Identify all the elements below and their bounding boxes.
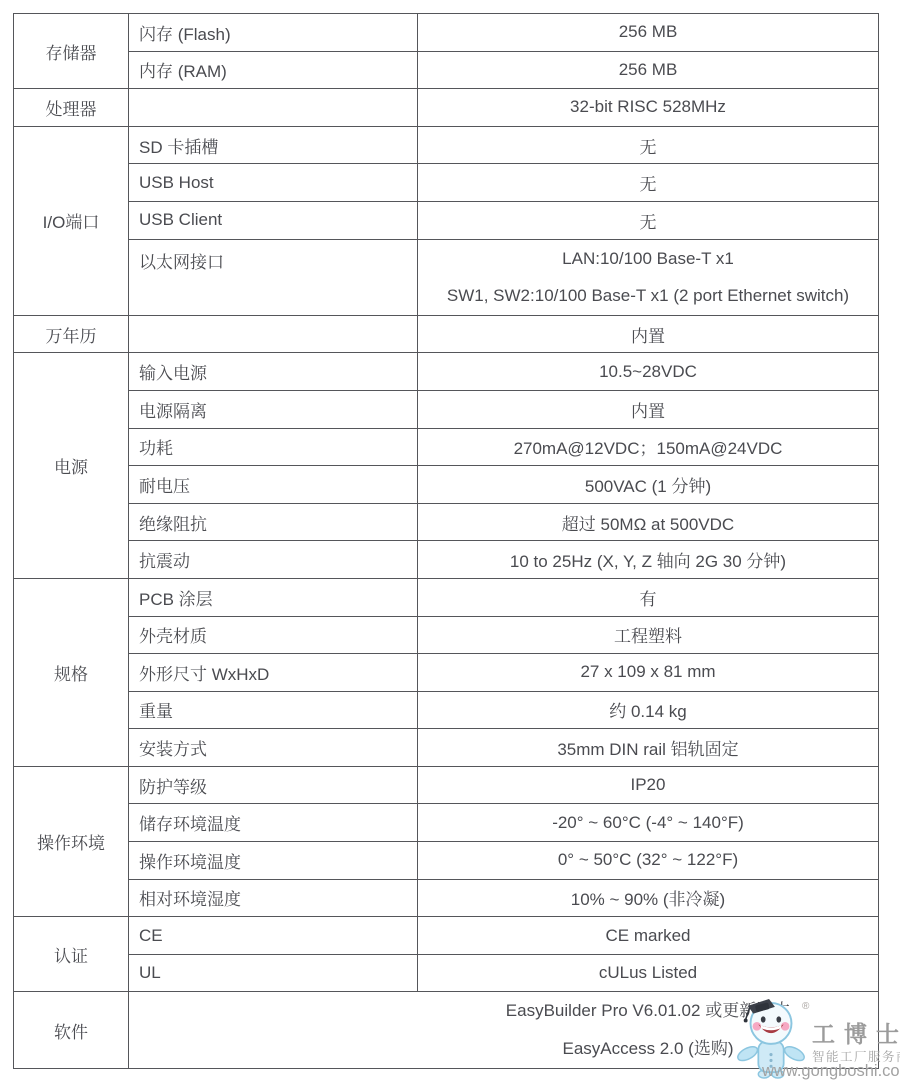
item-cell: UL: [129, 954, 418, 992]
table-row: 外壳材质 工程塑料: [14, 616, 879, 654]
table-row: 电源 输入电源 10.5~28VDC: [14, 353, 879, 391]
item-cell: 输入电源: [129, 353, 418, 391]
item-cell: 外壳材质: [129, 616, 418, 654]
value-line: LAN:10/100 Base-T x1: [418, 240, 878, 278]
table-row: 安装方式 35mm DIN rail 铝轨固定: [14, 729, 879, 767]
category-cell-environment: 操作环境: [14, 766, 129, 916]
item-cell-empty: [129, 315, 418, 353]
value-cell: 256 MB: [418, 14, 879, 52]
item-cell: 防护等级: [129, 766, 418, 804]
item-cell: 闪存 (Flash): [129, 14, 418, 52]
value-cell: 约 0.14 kg: [418, 691, 879, 729]
table-row: 操作环境 防护等级 IP20: [14, 766, 879, 804]
value-cell: 无: [418, 201, 879, 239]
value-cell: 工程塑料: [418, 616, 879, 654]
value-cell-ethernet: LAN:10/100 Base-T x1 SW1, SW2:10/100 Bas…: [418, 239, 879, 315]
value-line: EasyBuilder Pro V6.01.02 或更新版本: [418, 992, 878, 1030]
value-cell: 0° ~ 50°C (32° ~ 122°F): [418, 842, 879, 880]
category-cell-calendar: 万年历: [14, 315, 129, 353]
category-cell-software: 软件: [14, 992, 129, 1068]
table-row: 相对环境湿度 10% ~ 90% (非冷凝): [14, 879, 879, 917]
item-cell: 功耗: [129, 428, 418, 466]
value-cell: 10% ~ 90% (非冷凝): [418, 879, 879, 917]
item-cell: 安装方式: [129, 729, 418, 767]
category-cell-power: 电源: [14, 353, 129, 579]
table-row: 操作环境温度 0° ~ 50°C (32° ~ 122°F): [14, 842, 879, 880]
table-row: 规格 PCB 涂层 有: [14, 578, 879, 616]
value-cell: 有: [418, 578, 879, 616]
table-row: 存储器 闪存 (Flash) 256 MB: [14, 14, 879, 52]
item-cell: 储存环境温度: [129, 804, 418, 842]
table-row: 抗震动 10 to 25Hz (X, Y, Z 轴向 2G 30 分钟): [14, 541, 879, 579]
value-cell: cULus Listed: [418, 954, 879, 992]
category-cell-processor: 处理器: [14, 89, 129, 127]
value-cell: 无: [418, 126, 879, 164]
item-cell-empty: [129, 89, 418, 127]
item-cell: 抗震动: [129, 541, 418, 579]
table-row: 万年历 内置: [14, 315, 879, 353]
table-row: 重量 约 0.14 kg: [14, 691, 879, 729]
table-row: 软件 EasyBuilder Pro V6.01.02 或更新版本 EasyAc…: [14, 992, 879, 1068]
table-row: 处理器 32-bit RISC 528MHz: [14, 89, 879, 127]
table-row: 绝缘阻抗 超过 50MΩ at 500VDC: [14, 503, 879, 541]
table-row: 耐电压 500VAC (1 分钟): [14, 466, 879, 504]
item-cell: 重量: [129, 691, 418, 729]
item-cell: PCB 涂层: [129, 578, 418, 616]
table-row: 电源隔离 内置: [14, 390, 879, 428]
value-cell: 256 MB: [418, 51, 879, 89]
item-cell: 耐电压: [129, 466, 418, 504]
table-row: UL cULus Listed: [14, 954, 879, 992]
value-cell: 32-bit RISC 528MHz: [418, 89, 879, 127]
table-row: 认证 CE CE marked: [14, 917, 879, 955]
value-cell: 超过 50MΩ at 500VDC: [418, 503, 879, 541]
item-cell: 外形尺寸 WxHxD: [129, 654, 418, 692]
value-line: SW1, SW2:10/100 Base-T x1 (2 port Ethern…: [418, 277, 878, 315]
value-cell: 10 to 25Hz (X, Y, Z 轴向 2G 30 分钟): [418, 541, 879, 579]
value-cell: 27 x 109 x 81 mm: [418, 654, 879, 692]
item-cell: 绝缘阻抗: [129, 503, 418, 541]
value-cell: 35mm DIN rail 铝轨固定: [418, 729, 879, 767]
table-row: I/O端口 SD 卡插槽 无: [14, 126, 879, 164]
category-cell-storage: 存储器: [14, 14, 129, 89]
table-row: USB Host 无: [14, 164, 879, 202]
item-cell: SD 卡插槽: [129, 126, 418, 164]
item-cell: 内存 (RAM): [129, 51, 418, 89]
item-cell-ethernet: 以太网接口: [129, 239, 418, 315]
category-cell-specs: 规格: [14, 578, 129, 766]
item-cell: USB Client: [129, 201, 418, 239]
spec-table-container: 存储器 闪存 (Flash) 256 MB 内存 (RAM) 256 MB 处理…: [13, 13, 879, 1069]
item-cell: 相对环境湿度: [129, 879, 418, 917]
value-cell: -20° ~ 60°C (-4° ~ 140°F): [418, 804, 879, 842]
value-cell: IP20: [418, 766, 879, 804]
category-cell-certification: 认证: [14, 917, 129, 992]
value-line: EasyAccess 2.0 (选购): [418, 1030, 878, 1068]
item-cell: 操作环境温度: [129, 842, 418, 880]
value-cell-software: EasyBuilder Pro V6.01.02 或更新版本 EasyAcces…: [129, 992, 879, 1068]
item-cell: CE: [129, 917, 418, 955]
value-cell: 500VAC (1 分钟): [418, 466, 879, 504]
category-cell-io: I/O端口: [14, 126, 129, 315]
value-cell: CE marked: [418, 917, 879, 955]
table-row: 外形尺寸 WxHxD 27 x 109 x 81 mm: [14, 654, 879, 692]
value-cell: 内置: [418, 315, 879, 353]
value-cell: 无: [418, 164, 879, 202]
spec-table: 存储器 闪存 (Flash) 256 MB 内存 (RAM) 256 MB 处理…: [13, 13, 879, 1069]
value-cell: 内置: [418, 390, 879, 428]
item-cell: 电源隔离: [129, 390, 418, 428]
table-row: 储存环境温度 -20° ~ 60°C (-4° ~ 140°F): [14, 804, 879, 842]
table-row: USB Client 无: [14, 201, 879, 239]
table-row: 内存 (RAM) 256 MB: [14, 51, 879, 89]
value-cell: 270mA@12VDC；150mA@24VDC: [418, 428, 879, 466]
table-row: 功耗 270mA@12VDC；150mA@24VDC: [14, 428, 879, 466]
table-row: 以太网接口 LAN:10/100 Base-T x1 SW1, SW2:10/1…: [14, 239, 879, 315]
item-cell: USB Host: [129, 164, 418, 202]
value-cell: 10.5~28VDC: [418, 353, 879, 391]
